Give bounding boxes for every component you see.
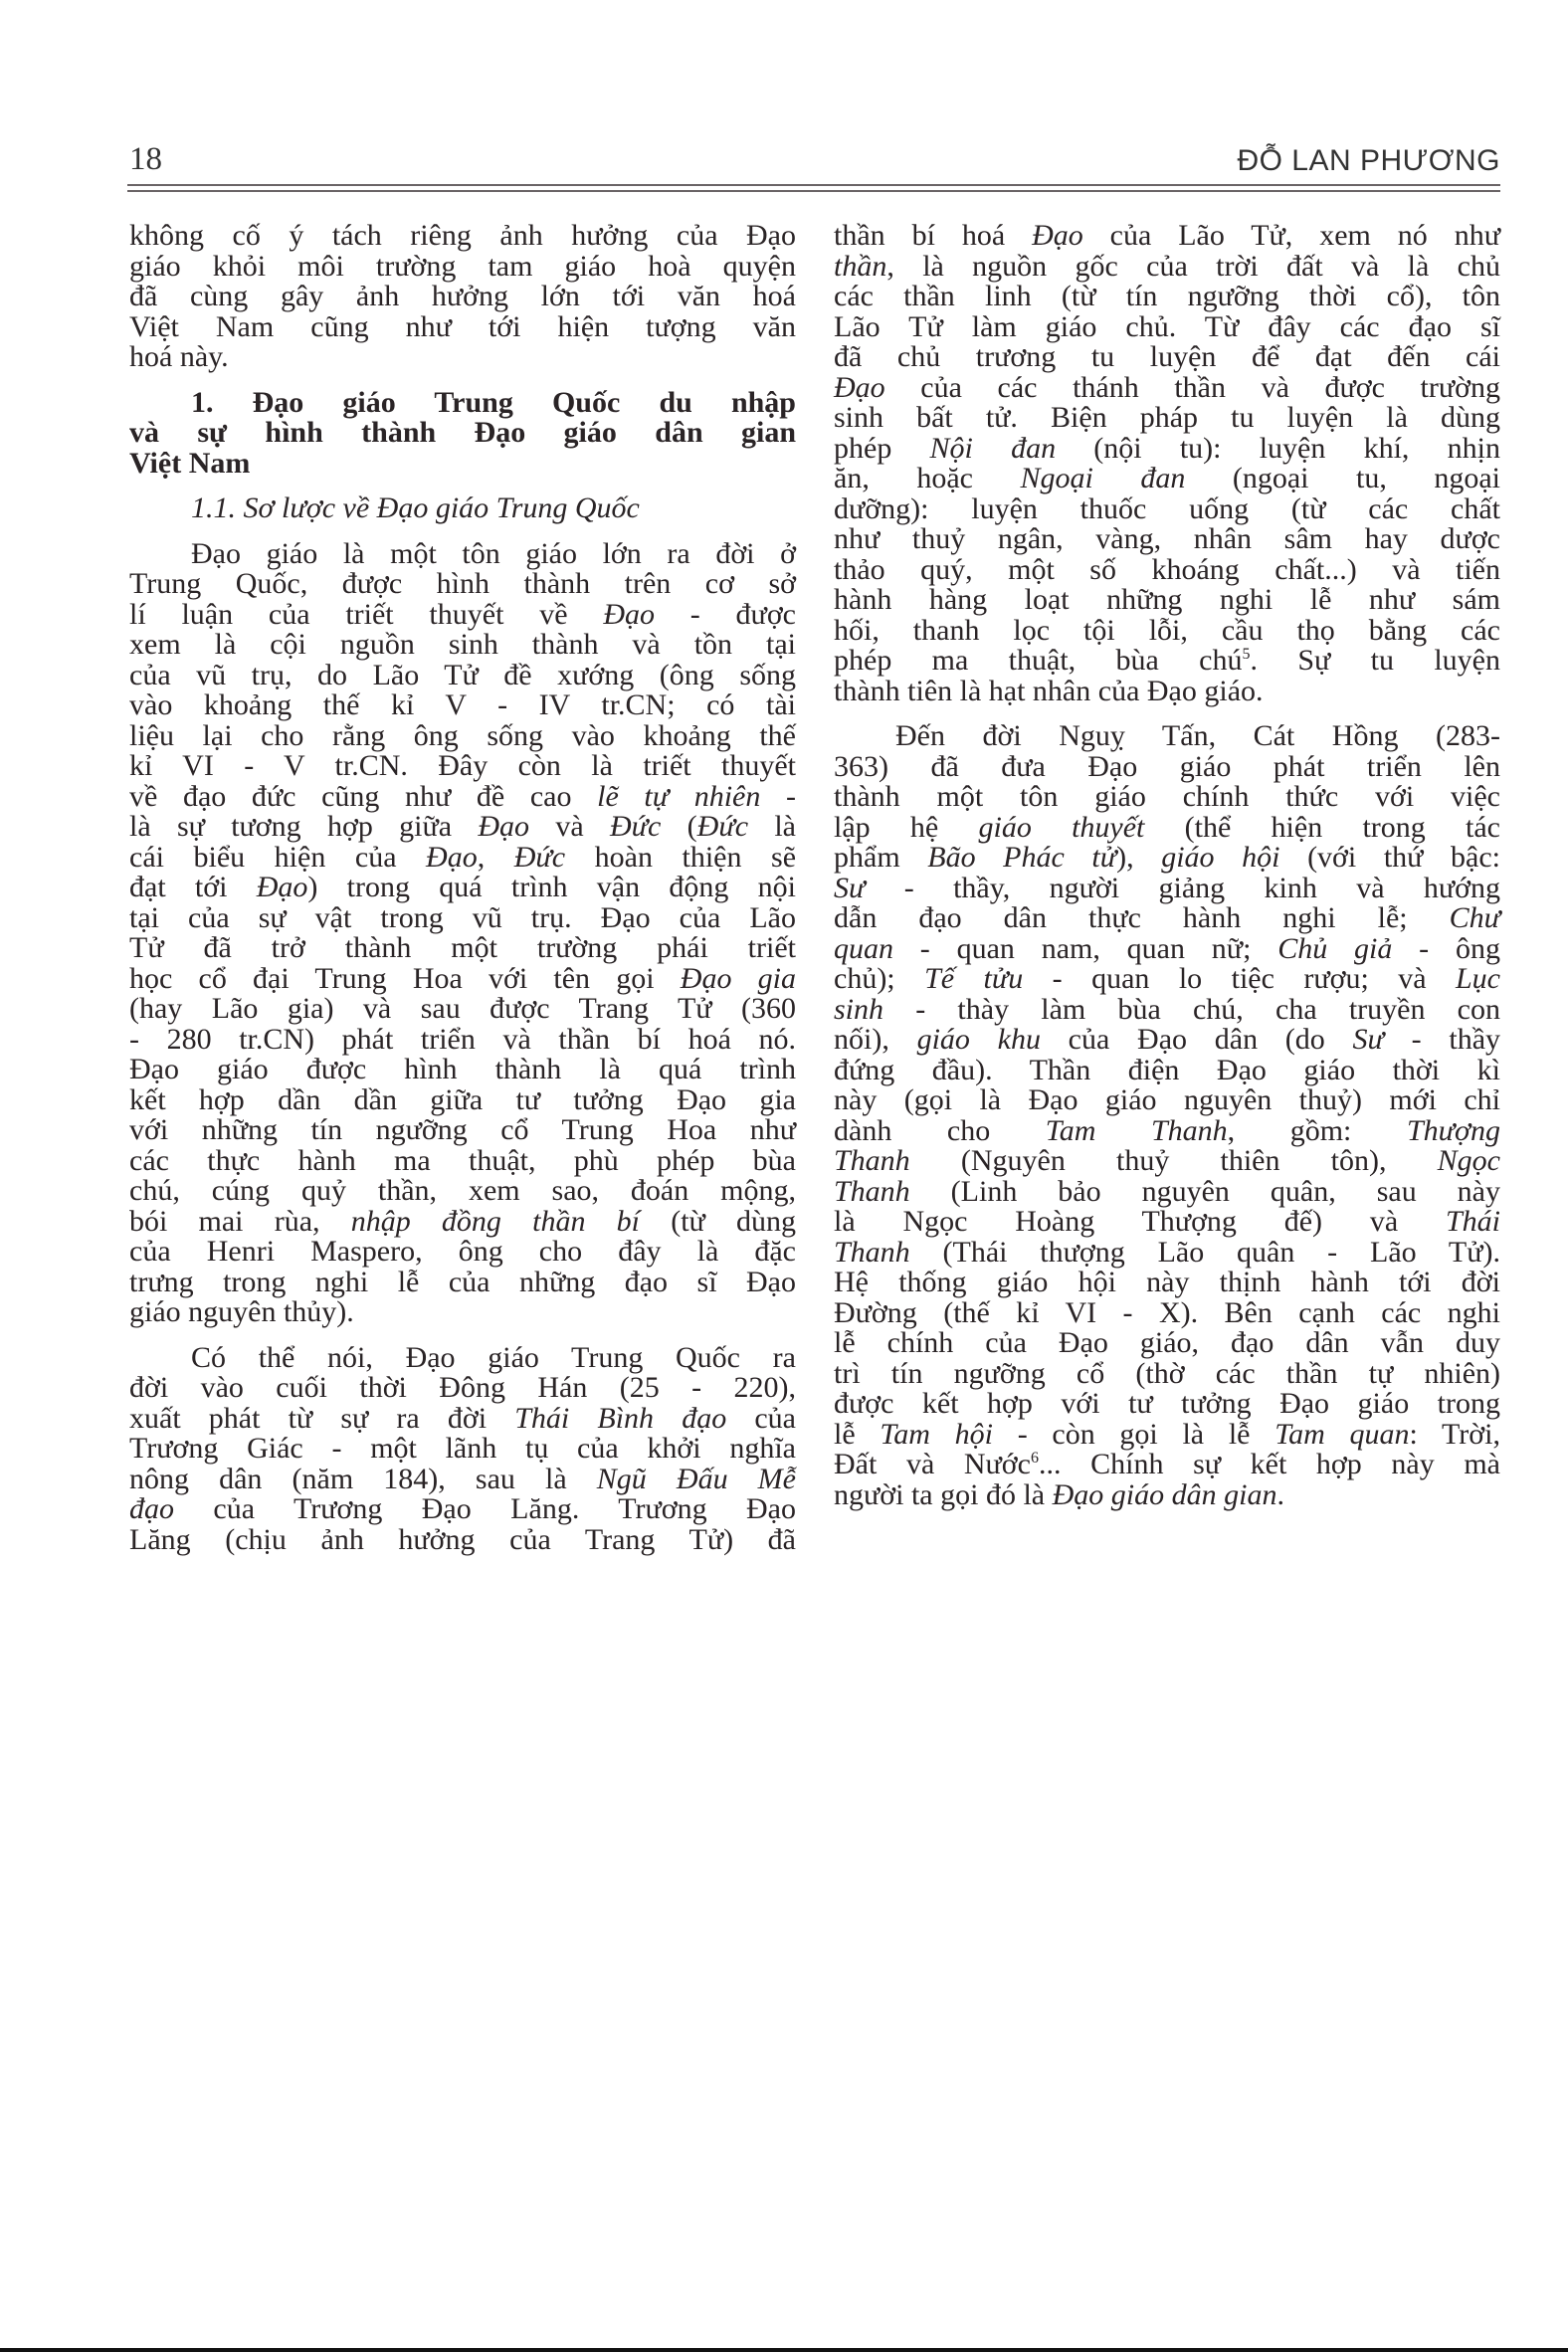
- italic-term: Sư: [834, 872, 865, 904]
- text-line: 363) đã đưa Đạo giáo phát triển lên: [834, 752, 1500, 783]
- italic-term: Tam quan: [1274, 1418, 1409, 1451]
- italic-term: Thái: [1446, 1205, 1500, 1238]
- text-line: với những tín ngưỡng cổ Trung Hoa như: [129, 1115, 796, 1146]
- text-line: Đến đời Nguỵ Tấn, Cát Hồng (283-: [834, 721, 1500, 752]
- text-line: sinh - thày làm bùa chú, cha truyền con: [834, 995, 1500, 1026]
- italic-term: Ngũ Đấu Mễ: [597, 1463, 796, 1495]
- text-line: giáo nguyên thủy).: [129, 1297, 796, 1328]
- italic-term: Bão Phác tử: [927, 841, 1116, 874]
- text-line: xuất phát từ sự ra đời Thái Bình đạo của: [129, 1404, 796, 1435]
- text-line: quan - quan nam, quan nữ; Chủ giả - ông: [834, 934, 1500, 965]
- italic-term: Chủ giả: [1277, 932, 1392, 965]
- text-line: Có thể nói, Đạo giáo Trung Quốc ra: [129, 1343, 796, 1374]
- text-line: bói mai rùa, nhập đồng thần bí (từ dùng: [129, 1207, 796, 1238]
- text-line: vào khoảng thế kỉ V - IV tr.CN; có tài: [129, 690, 796, 721]
- text-line: đạo của Trương Đạo Lăng. Trương Đạo: [129, 1494, 796, 1525]
- intro-paragraph: không cố ý tách riêng ảnh hưởng của Đạog…: [129, 221, 796, 373]
- left-column: không cố ý tách riêng ảnh hưởng của Đạog…: [129, 221, 796, 1555]
- italic-term: đạo: [129, 1492, 174, 1525]
- italic-term: Tế tửu: [924, 962, 1023, 995]
- italic-term: Sư: [1353, 1023, 1384, 1056]
- text-line: được kết hợp với tư tưởng Đạo giáo trong: [834, 1389, 1500, 1420]
- italic-term: nhập đồng thần bí: [351, 1205, 640, 1238]
- text-line: là sự tương hợp giữa Đạo và Đức (Đức là: [129, 812, 796, 843]
- text-line: lễ chính của Đạo giáo, đạo dân vẫn duy: [834, 1328, 1500, 1359]
- italic-term: Thượng: [1407, 1114, 1500, 1147]
- italic-term: Thanh: [834, 1144, 910, 1177]
- italic-term: Đức: [514, 841, 565, 874]
- text-line: Thanh (Thái thượng Lão quân - Lão Tử).: [834, 1238, 1500, 1269]
- text-line: Thanh (Linh bảo nguyên quân, sau này: [834, 1177, 1500, 1208]
- text-line: Trương Giác - một lãnh tụ của khởi nghĩa: [129, 1434, 796, 1465]
- text-line: phẩm Bão Phác tử), giáo hội (với thứ bậc…: [834, 843, 1500, 874]
- text-line: thảo quý, một số khoáng chất...) và tiến: [834, 555, 1500, 586]
- italic-term: giáo hội: [1161, 841, 1279, 874]
- text-line: Việt Nam: [129, 449, 796, 480]
- italic-term: Ngoại đan: [1020, 462, 1185, 494]
- text-line: Đạo giáo được hình thành là quá trình: [129, 1055, 796, 1085]
- text-line: phép Nội đan (nội tu): luyện khí, nhịn: [834, 434, 1500, 465]
- text-line: và sự hình thành Đạo giáo dân gian: [129, 418, 796, 449]
- text-line: của vũ trụ, do Lão Tử đề xướng (ông sống: [129, 661, 796, 691]
- paragraph-continuation: thần bí hoá Đạo của Lão Tử, xem nó nhưth…: [834, 221, 1500, 706]
- text-line: thần, là nguồn gốc của trời đất và là ch…: [834, 252, 1500, 283]
- italic-term: Thanh: [834, 1175, 910, 1208]
- subsection-heading: 1.1. Sơ lược về Đạo giáo Trung Quốc: [129, 493, 796, 524]
- italic-term: thần: [834, 250, 886, 283]
- text-line: hối, thanh lọc tội lỗi, cầu thọ bằng các: [834, 616, 1500, 647]
- italic-term: Lục: [1456, 962, 1500, 995]
- text-line: đã cùng gây ảnh hưởng lớn tới văn hoá: [129, 282, 796, 312]
- footnote-marker[interactable]: 6: [1031, 1450, 1039, 1467]
- running-head-author: ĐỖ LAN PHƯƠNG: [1237, 141, 1500, 181]
- text-line: thành tiên là hạt nhân của Đạo giáo.: [834, 677, 1500, 707]
- header-double-rule: [127, 184, 1500, 192]
- text-line: trưng trong nghi lễ của những đạo sĩ Đạo: [129, 1268, 796, 1298]
- italic-term: Đức: [610, 810, 661, 843]
- text-line: các thần linh (từ tín ngưỡng thời cổ), t…: [834, 282, 1500, 312]
- text-line: đời vào cuối thời Đông Hán (25 - 220),: [129, 1373, 796, 1404]
- text-line: Đất và Nước6... Chính sự kết hợp này mà: [834, 1450, 1500, 1480]
- subsection-heading-text: 1.1. Sơ lược về Đạo giáo Trung Quốc: [191, 491, 640, 524]
- italic-term: Tam hội: [880, 1418, 993, 1451]
- text-line: kỉ VI - V tr.CN. Đây còn là triết thuyết: [129, 751, 796, 782]
- text-line: hoá này.: [129, 342, 796, 373]
- text-line: giáo khỏi môi trường tam giáo hoà quyện: [129, 252, 796, 283]
- paragraph-taoism-origin: Đạo giáo là một tôn giáo lớn ra đời ởTru…: [129, 539, 796, 1328]
- italic-term: Ngọc: [1438, 1144, 1500, 1177]
- italic-term: sinh: [834, 993, 883, 1026]
- text-line: (hay Lão gia) và sau được Trang Tử (360: [129, 994, 796, 1025]
- text-line: dành cho Tam Thanh, gồm: Thượng: [834, 1116, 1500, 1147]
- text-line: về đạo đức cũng như đề cao lẽ tự nhiên -: [129, 782, 796, 813]
- text-line: Đường (thế kỉ VI - X). Bên cạnh các nghi: [834, 1298, 1500, 1329]
- text-line: đứng đầu). Thần điện Đạo giáo thời kì: [834, 1056, 1500, 1086]
- text-line: Việt Nam cũng như tới hiện tượng văn: [129, 312, 796, 343]
- text-line: người ta gọi đó là Đạo giáo dân gian.: [834, 1480, 1500, 1511]
- text-line: các thực hành ma thuật, phù phép bùa: [129, 1146, 796, 1177]
- text-line: học cổ đại Trung Hoa với tên gọi Đạo gia: [129, 964, 796, 995]
- text-line: Lăng (chịu ảnh hưởng của Trang Tử) đã: [129, 1525, 796, 1556]
- italic-term: Đạo gia: [681, 962, 796, 995]
- footnote-marker[interactable]: 5: [1243, 646, 1251, 663]
- text-line: thành một tôn giáo chính thức với việc: [834, 782, 1500, 813]
- text-line: là Ngọc Hoàng Thượng đế) và Thái: [834, 1207, 1500, 1238]
- italic-term: Đạo giáo dân gian: [1053, 1478, 1277, 1511]
- text-line: sinh bất tử. Biện pháp tu luyện là dùng: [834, 403, 1500, 434]
- text-line: Trung Quốc, được hình thành trên cơ sở: [129, 569, 796, 600]
- section-heading: 1. Đạo giáo Trung Quốc du nhậpvà sự hình…: [129, 388, 796, 480]
- text-line: này (gọi là Đạo giáo nguyên thuỷ) mới ch…: [834, 1085, 1500, 1116]
- italic-term: Đạo: [834, 371, 885, 404]
- text-line: Đạo của các thánh thần và được trường: [834, 373, 1500, 404]
- right-column: thần bí hoá Đạo của Lão Tử, xem nó nhưth…: [834, 221, 1500, 1510]
- text-line: như thuỷ ngân, vàng, nhân sâm hay dược: [834, 524, 1500, 555]
- text-line: không cố ý tách riêng ảnh hưởng của Đạo: [129, 221, 796, 252]
- italic-term: Thái Bình đạo: [514, 1402, 726, 1435]
- text-line: Tử đã trở thành một trường phái triết: [129, 933, 796, 964]
- text-line: Sư - thầy, người giảng kinh và hướng: [834, 874, 1500, 904]
- italic-term: Chư: [1450, 901, 1500, 934]
- italic-term: lẽ tự nhiên: [597, 780, 760, 813]
- italic-term: Thanh: [834, 1236, 910, 1269]
- italic-term: Đức: [697, 810, 748, 843]
- page-header: 18 ĐỖ LAN PHƯƠNG: [127, 139, 1500, 179]
- italic-term: Đạo: [603, 598, 655, 631]
- text-line: dẫn đạo dân thực hành nghi lễ; Chư: [834, 903, 1500, 934]
- text-line: phép ma thuật, bùa chú5. Sự tu luyện: [834, 646, 1500, 677]
- italic-term: Tam Thanh: [1046, 1114, 1228, 1147]
- paragraph-nguy-tan: Đến đời Nguỵ Tấn, Cát Hồng (283-363) đã …: [834, 721, 1500, 1510]
- text-line: thần bí hoá Đạo của Lão Tử, xem nó như: [834, 221, 1500, 252]
- text-line: Đạo giáo là một tôn giáo lớn ra đời ở: [129, 539, 796, 570]
- text-line: liệu lại cho rằng ông sống vào khoảng th…: [129, 721, 796, 752]
- text-line: 1. Đạo giáo Trung Quốc du nhập: [129, 388, 796, 419]
- text-line: chủ); Tế tửu - quan lo tiệc rượu; và Lục: [834, 964, 1500, 995]
- text-line: nông dân (năm 184), sau là Ngũ Đấu Mễ: [129, 1465, 796, 1495]
- text-line: cái biểu hiện của Đạo, Đức hoàn thiện sẽ: [129, 843, 796, 874]
- text-line: kết hợp dần dần giữa tư tưởng Đạo gia: [129, 1085, 796, 1116]
- italic-term: giáo thuyết: [978, 811, 1144, 844]
- text-line: đạt tới Đạo) trong quá trình vận động nộ…: [129, 873, 796, 903]
- text-line: hành hàng loạt những nghi lễ như sám: [834, 585, 1500, 616]
- text-line: của Henri Maspero, ông cho đây là đặc: [129, 1237, 796, 1268]
- italic-term: Đạo: [426, 841, 478, 874]
- italic-term: giáo khu: [917, 1023, 1041, 1056]
- text-line: xem là cội nguồn sinh thành và tồn tại: [129, 630, 796, 661]
- text-line: Lão Tử làm giáo chủ. Từ đây các đạo sĩ: [834, 312, 1500, 343]
- text-line: dưỡng): luyện thuốc uống (từ các chất: [834, 494, 1500, 525]
- text-line: đã chủ trương tu luyện để đạt đến cái: [834, 342, 1500, 373]
- text-line: lập hệ giáo thuyết (thể hiện trong tác: [834, 813, 1500, 844]
- text-line: tại của sự vật trong vũ trụ. Đạo của Lão: [129, 903, 796, 934]
- text-line: trì tín ngưỡng cổ (thờ các thần tự nhiên…: [834, 1359, 1500, 1390]
- text-line: nối), giáo khu của Đạo dân (do Sư - thầy: [834, 1025, 1500, 1056]
- text-line: chú, cúng quỷ thần, xem sao, đoán mộng,: [129, 1176, 796, 1207]
- text-line: - 280 tr.CN) phát triển và thần bí hoá n…: [129, 1025, 796, 1056]
- italic-term: quan: [834, 932, 893, 965]
- text-line: Thanh (Nguyên thuỷ thiên tôn), Ngọc: [834, 1146, 1500, 1177]
- italic-term: Đạo: [1032, 219, 1083, 252]
- italic-term: Đạo: [478, 810, 529, 843]
- text-line: lí luận của triết thuyết về Đạo - được: [129, 600, 796, 631]
- page-number: 18: [129, 139, 162, 179]
- text-line: Hệ thống giáo hội này thịnh hành tới đời: [834, 1268, 1500, 1298]
- paragraph-eastern-han: Có thể nói, Đạo giáo Trung Quốc rađời và…: [129, 1343, 796, 1556]
- scan-bottom-edge: [0, 2348, 1568, 2352]
- text-line: lễ Tam hội - còn gọi là lễ Tam quan: Trờ…: [834, 1420, 1500, 1451]
- italic-term: Nội đan: [930, 432, 1057, 465]
- text-line: ăn, hoặc Ngoại đan (ngoại tu, ngoại: [834, 464, 1500, 494]
- italic-term: Đạo: [257, 871, 308, 903]
